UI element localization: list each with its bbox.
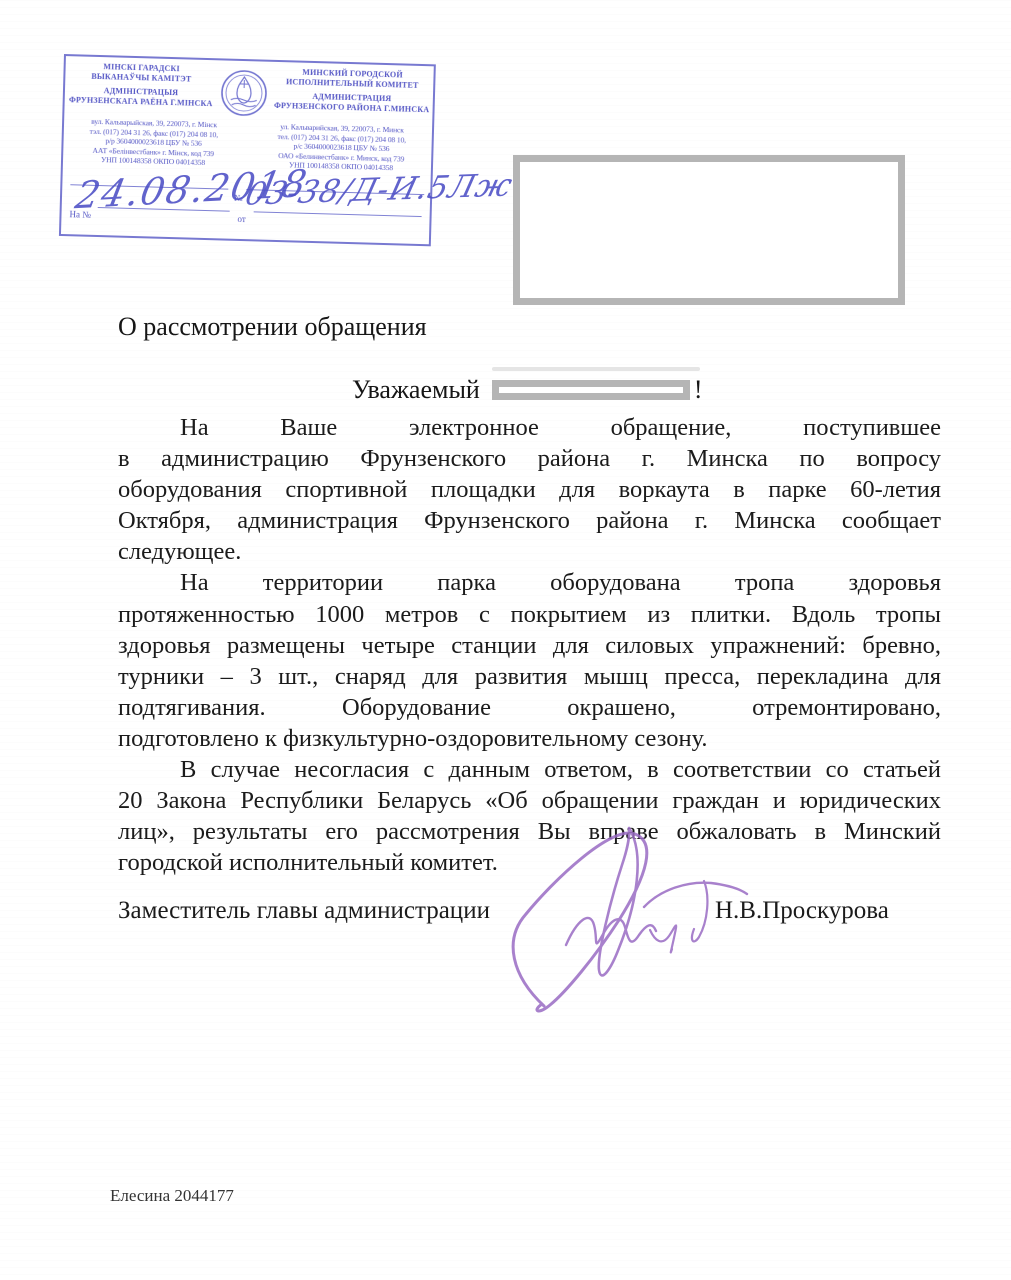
stamp-org-russian: МИНСКИЙ ГОРОДСКОЙ ИСПОЛНИТЕЛЬНЫЙ КОМИТЕТ…: [270, 67, 433, 124]
body-line: следующее.: [118, 536, 941, 567]
body-line: здоровья размещены четыре станции для си…: [118, 630, 941, 661]
ot-label: от: [237, 214, 246, 224]
stamp-org-belarusian: МІНСКІ ГАРАДСКІ ВЫКАНАЎЧЫ КАМІТЭТ АДМІНІ…: [64, 61, 217, 117]
body-line: турники – 3 шт., снаряд для развития мыш…: [118, 661, 941, 692]
subject-line: О рассмотрении обращения: [118, 312, 427, 342]
incoming-date-underline: [254, 211, 422, 217]
scan-artifact: [492, 367, 700, 371]
body-line: В случае несогласия с данным ответом, в …: [118, 754, 941, 785]
signer-name: Н.В.Проскурова: [715, 897, 889, 925]
body-line: подготовлено к физкультурно-оздоровитель…: [118, 723, 941, 754]
redaction-box-recipient-address: [513, 155, 905, 305]
body-line: оборудования спортивной площадки для вор…: [118, 474, 941, 505]
salutation-suffix: !: [694, 375, 703, 405]
body-line: На Ваше электронное обращение, поступивш…: [118, 412, 941, 443]
redaction-box-recipient-name: [492, 380, 690, 400]
body-line: Октября, администрация Фрунзенского райо…: [118, 505, 941, 536]
signer-role: Заместитель главы администрации: [118, 897, 490, 924]
body-line: протяженностью 1000 метров с покрытием и…: [118, 599, 941, 630]
signature-row: Заместитель главы администрации Н.В.Прос…: [118, 897, 904, 925]
salutation-line: Уважаемый !: [352, 375, 703, 405]
body-line: подтягивания. Оборудование окрашено, отр…: [118, 692, 941, 723]
body-line: в администрацию Фрунзенского района г. М…: [118, 443, 941, 474]
stamp-header: МІНСКІ ГАРАДСКІ ВЫКАНАЎЧЫ КАМІТЭТ АДМІНІ…: [64, 61, 433, 123]
coat-of-arms-icon: [218, 67, 269, 118]
salutation-prefix: Уважаемый: [352, 375, 480, 405]
stamp-address-belarusian: вул. Кальварыйская, 39, 220073, г. Мінск…: [63, 116, 244, 169]
body-line: На территории парка оборудована тропа зд…: [118, 567, 941, 598]
official-corner-stamp: МІНСКІ ГАРАДСКІ ВЫКАНАЎЧЫ КАМІТЭТ АДМІНІ…: [59, 54, 436, 246]
scanned-letter-sheet: МІНСКІ ГАРАДСКІ ВЫКАНАЎЧЫ КАМІТЭТ АДМІНІ…: [0, 0, 1011, 1280]
executor-note: Елесина 2044177: [110, 1186, 234, 1206]
